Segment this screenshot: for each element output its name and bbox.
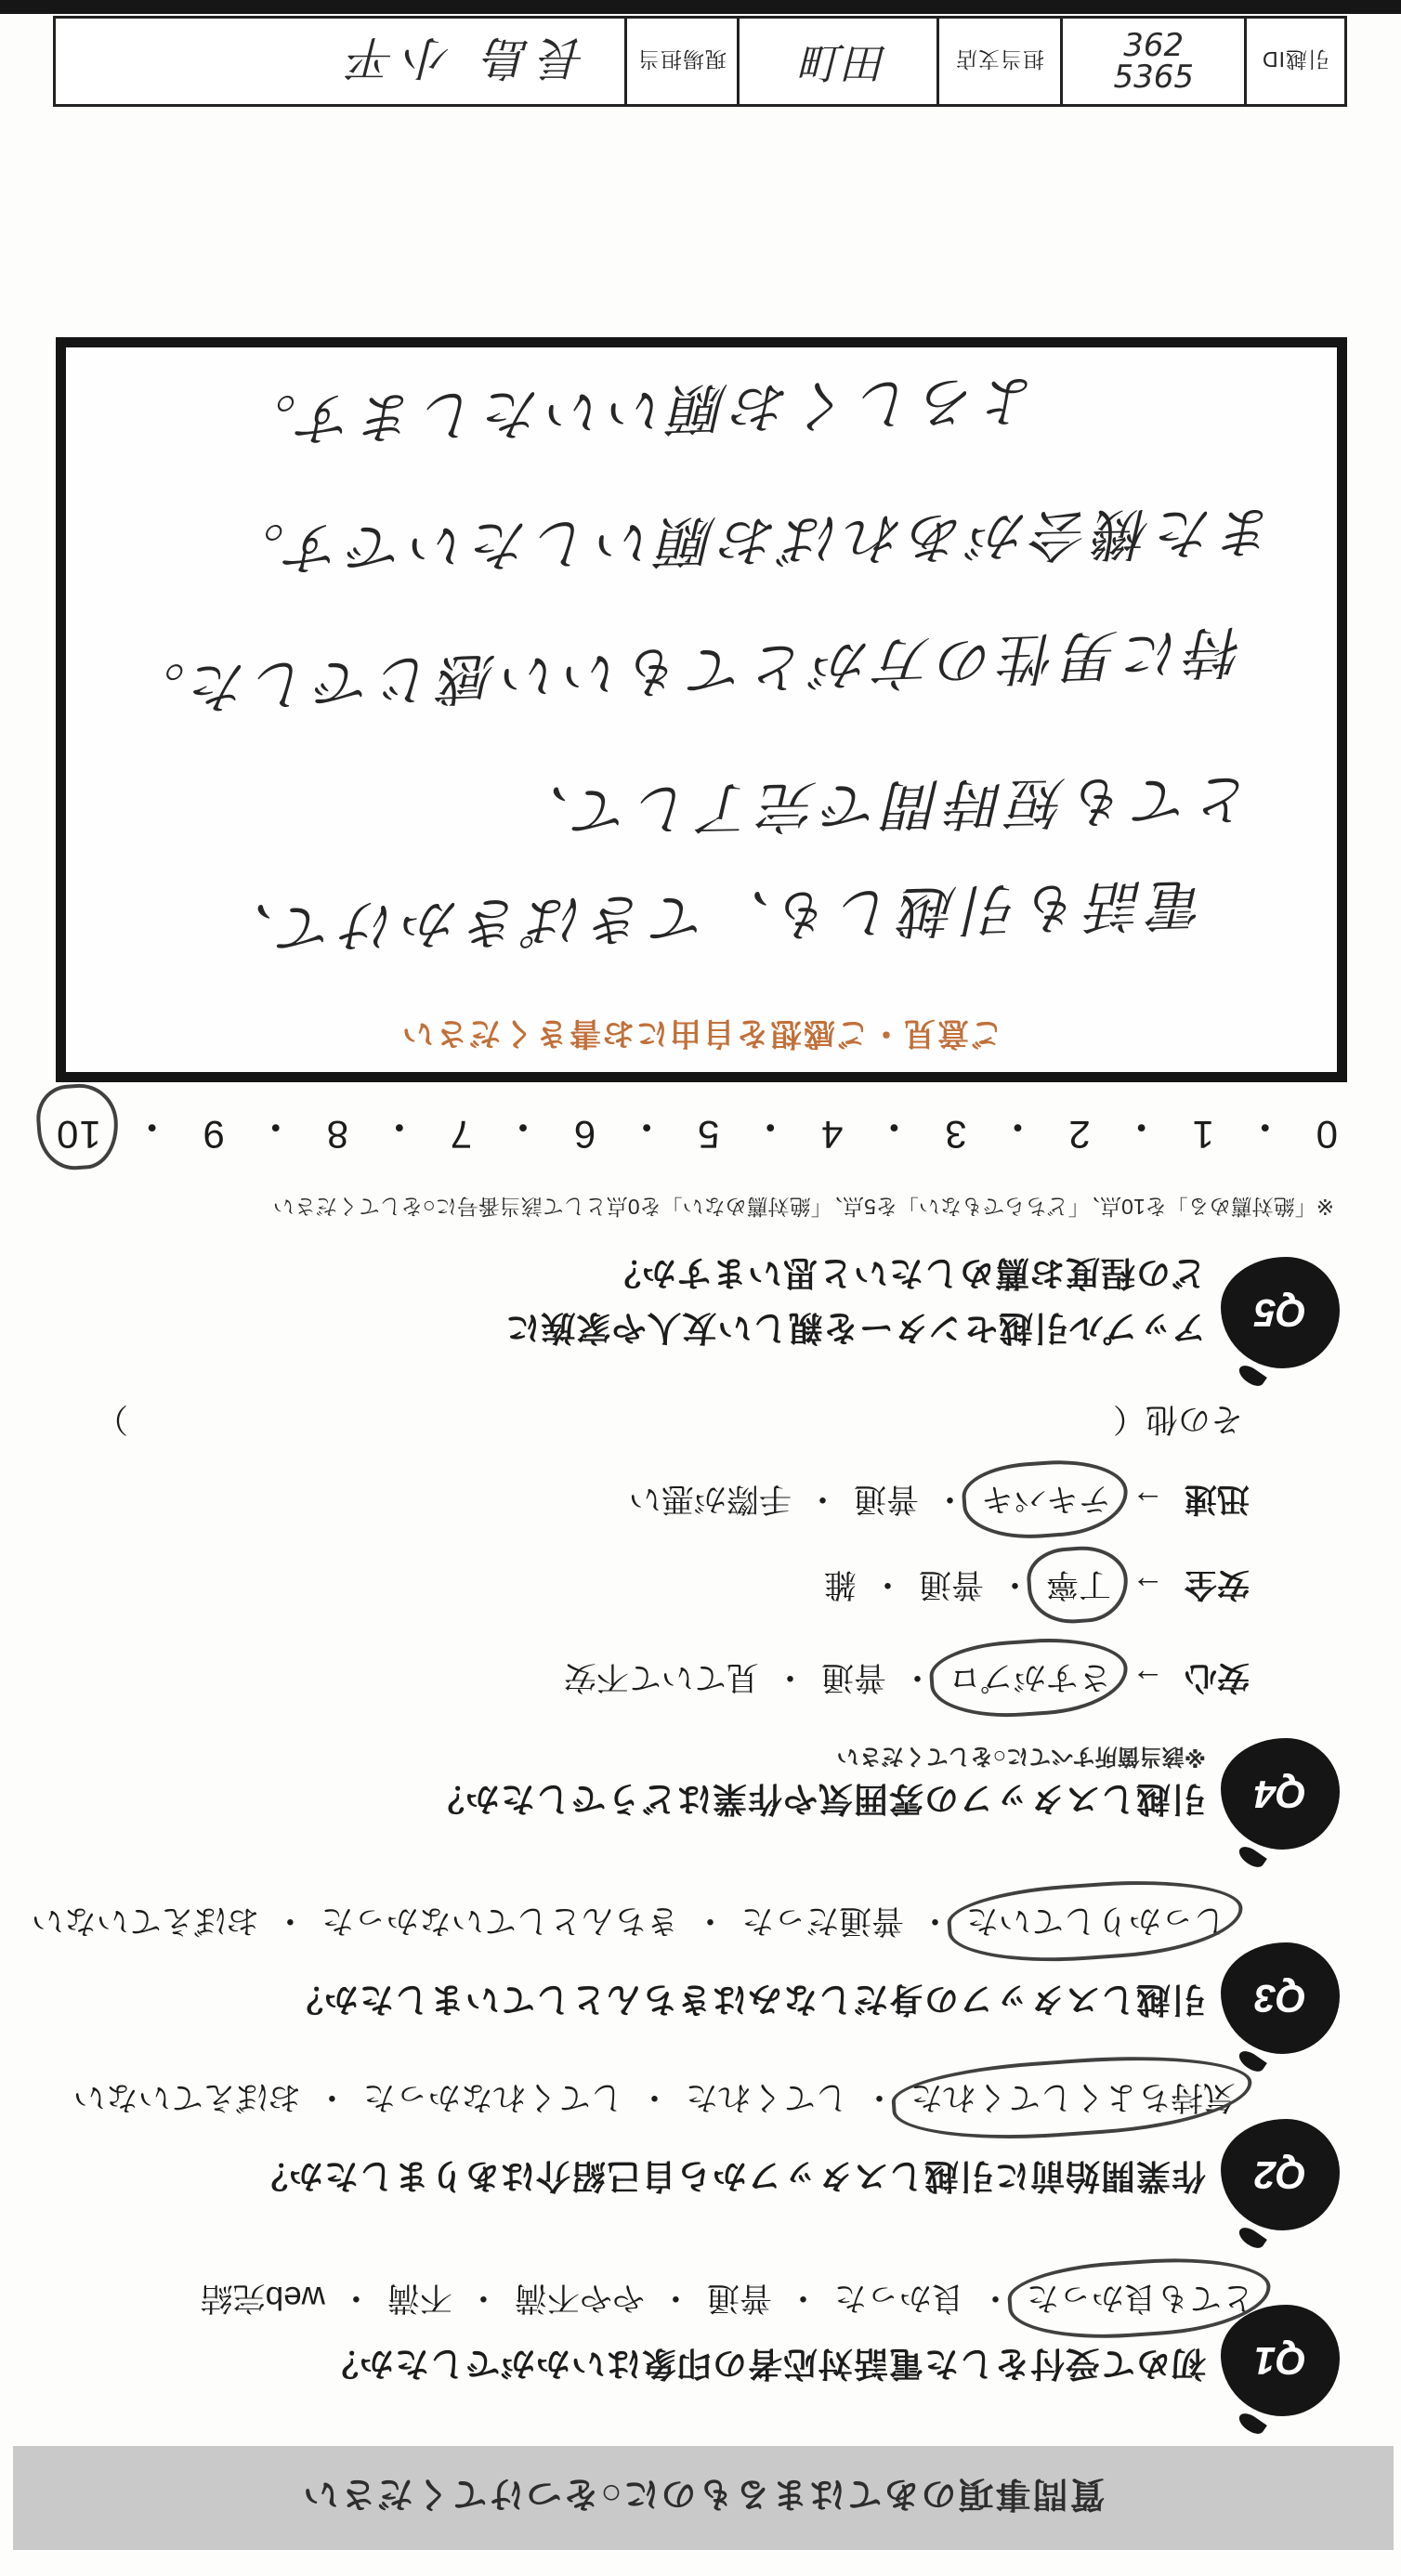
move-id-label-cell: 引越ID [1244,19,1344,104]
q3-bubble-icon: Q3 [1221,1942,1340,2054]
q1-option-selected: とても良かった [1027,2277,1254,2323]
q5-scale-row: 0・ 1・ 2・ 3・ 4・ 5・ 6・ 7・ 8・ 9・ 10 [56,1101,1338,1157]
q4-other-row: その他（） [96,1398,1243,1445]
q1-option: web完結 [201,2277,387,2323]
scale-9: 9 [203,1101,225,1157]
handwritten-line: よろしくお願いいたします。 [234,364,1041,465]
q4-row-label: 安全 [1185,1563,1250,1610]
branch-label-cell: 担当支店 [936,19,1060,104]
q4-row-jinsoku: 迅速 → テキパキ 普通 手際が悪い [629,1478,1250,1524]
handwritten-line: 電話も引越しも、てきぱきかけて、 [211,868,1208,974]
q5-label: Q5 [1254,1290,1306,1335]
arrow-icon: → [1132,1483,1164,1520]
q4-row-label: 安心 [1185,1656,1250,1703]
q4-option: 普通 [854,1478,981,1524]
q4-row-label: 迅速 [1185,1478,1250,1524]
scale-4: 4 [820,1101,843,1157]
q2-title: 作業開始前に引越しスタッフから自己紹介はありましたか？ [253,2154,1206,2204]
scale-2: 2 [1067,1101,1090,1157]
q5-title-line1: アップル引越センターを親しい友人や家族に [505,1306,1206,1356]
q4-note: ※該当箇所すべてに○をしてください [837,1743,1206,1775]
q5-note: ※「絶対薦める」を10点、「どちらでもない」を5点、「絶対薦めない」を0点として… [273,1193,1334,1223]
staff-label: 現場担当 [637,46,727,77]
scale-dot: ・ [750,1101,790,1157]
scale-0: 0 [1316,1101,1338,1157]
q4-option: 手際が悪い [629,1478,854,1524]
staff-label-cell: 現場担当 [624,19,737,104]
q2-options: 気持ちよくしてくれた してくれた してくれなかった おぼえていない [73,2076,1236,2123]
handwritten-line: とても短時間で完了して、 [506,763,1253,856]
q2-bubble-icon: Q2 [1221,2119,1340,2230]
scale-dot: ・ [503,1101,543,1157]
branch-handwritten: 町田 [795,31,881,92]
q1-title: 初めて受付をした電話対応者の印象はいかがでしたか？ [323,2342,1206,2392]
arrow-icon: → [1132,1661,1164,1698]
q3-title: 引越しスタッフの身だしなみはきちんとしていましたか？ [288,1978,1206,2028]
q1-option: 良かった [834,2277,1027,2323]
staff-value-cell: 長島 小平 [56,19,624,104]
scale-dot: ・ [1121,1101,1161,1157]
branch-label: 担当支店 [955,46,1044,77]
move-id-label: 引越ID [1262,46,1329,77]
q4-option: 雑 [824,1563,919,1610]
q4-row-anshin: 安心 → さすがプロ 普通 見ていて不安 [564,1656,1250,1703]
q3-option: 普通だった [741,1900,966,1946]
q4-option: 普通 [821,1656,949,1703]
q4-option-selected: テキパキ [981,1478,1111,1524]
staff-name-handwritten: 長島 小平 [340,28,587,95]
q2-option: してくれなかった [363,2076,686,2123]
q4-row-anzen: 安全 → 丁寧 普通 雑 [824,1563,1250,1610]
q1-option: 普通 [707,2277,834,2323]
q1-option: やや不満 [515,2277,707,2323]
q3-label: Q3 [1254,1976,1306,2020]
q2-label: Q2 [1254,2152,1306,2197]
q2-option-selected: 気持ちよくしてくれた [910,2076,1236,2123]
q4-other-label: その他 [1146,1398,1243,1445]
comment-box-header: ご意見・ご感想を自由にお書きください [66,1013,1337,1059]
move-id-line1: 362 [1123,30,1184,61]
footer-id-table: 引越ID 362 5365 担当支店 町田 現場担当 長島 小平 [53,16,1347,107]
scale-7: 7 [450,1101,472,1157]
scale-dot: ・ [998,1101,1038,1157]
arrow-icon: → [1132,1568,1164,1605]
scale-5: 5 [697,1101,719,1157]
scanned-survey-sheet: 質問事項のあてはまるものに○をつけてください Q1 初めて受付をした電話対応者の… [0,0,1401,2576]
scale-dot: ・ [255,1101,295,1157]
q3-option-selected: しっかりしていた [966,1900,1226,1946]
move-id-value-cell: 362 5365 [1060,19,1244,104]
q5-bubble-icon: Q5 [1221,1257,1340,1368]
handwritten-line: 特に男性の方がとてもいい感じでした。 [123,615,1245,734]
q3-option: おぼえていない [32,1900,321,1946]
survey-instructions-bar: 質問事項のあてはまるものに○をつけてください [13,2446,1394,2550]
scale-3: 3 [944,1101,966,1157]
move-id-line2: 5365 [1113,61,1194,93]
q4-bubble-icon: Q4 [1221,1738,1340,1850]
q4-option-selected: さすがプロ [949,1656,1111,1703]
move-id-handwritten: 362 5365 [1113,30,1194,93]
q3-option: きちんとしていなかった [321,1900,741,1946]
paren-close: ） [96,1398,128,1445]
q2-option: してくれた [686,2076,910,2123]
q5-title-line2: どの程度お薦めしたいと思いますか？ [606,1251,1206,1301]
q4-title: 引越しスタッフの雰囲気や作業はどうでしたか？ [429,1777,1206,1827]
scale-10-selected: 10 [56,1101,101,1157]
paren-open: （ [1113,1398,1146,1445]
q1-option: 不満 [387,2277,515,2323]
scale-8: 8 [326,1101,348,1157]
q3-options: しっかりしていた 普通だった きちんとしていなかった おぼえていない [32,1900,1226,1946]
scale-dot: ・ [379,1101,419,1157]
branch-value-cell: 町田 [737,19,936,104]
q1-label: Q1 [1254,2338,1306,2383]
q4-label: Q4 [1254,1772,1306,1816]
q4-option-selected: 丁寧 [1046,1563,1111,1610]
comment-box: ご意見・ご感想を自由にお書きください 電話も引越しも、てきぱきかけて、 とても短… [56,337,1347,1082]
scale-dot: ・ [1245,1101,1285,1157]
handwritten-line: また機会があればお願いしたいです。 [222,495,1277,594]
scale-dot: ・ [132,1101,172,1157]
scale-1: 1 [1192,1101,1214,1157]
q1-options: とても良かった 良かった 普通 やや不満 不満 web完結 [201,2277,1254,2323]
scan-edge-artifact [33,2,413,9]
scale-dot: ・ [626,1101,666,1157]
scale-dot: ・ [873,1101,913,1157]
q4-option: 見ていて不安 [564,1656,821,1703]
scale-6: 6 [573,1101,596,1157]
q4-option: 普通 [919,1563,1046,1610]
survey-instructions-text: 質問事項のあてはまるものに○をつけてください [302,2473,1106,2524]
q2-option: おぼえていない [73,2076,363,2123]
